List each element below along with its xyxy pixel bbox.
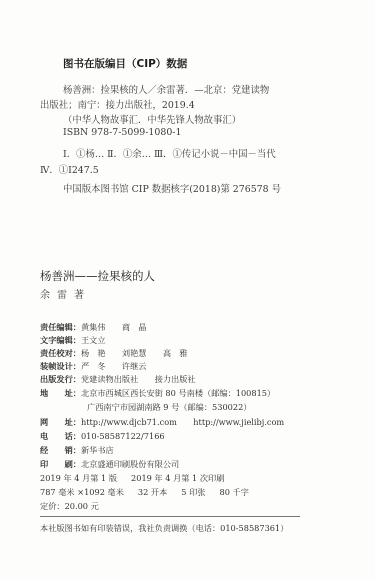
format-line: 787 毫米 ×1092 毫米32 开本5 印张80 千字 — [40, 487, 249, 498]
credit-row: 印 刷：北京盛通印刷股份有限公司 — [40, 459, 179, 470]
cip-classification: Ⅳ．①I247.5 — [40, 162, 99, 176]
credit-row: 文字编辑：王文立 — [40, 335, 106, 346]
isbn: ISBN 978-7-5099-1080-1 — [63, 127, 181, 138]
credit-row: 责任编辑：黄集伟 商 晶 — [40, 322, 146, 333]
footer-notice: 本社版图书如有印装错误，我社负责调换（电话：010-58587361） — [40, 523, 288, 534]
credit-row: 电 话：010-58587122/7166 — [40, 431, 165, 442]
cip-subjects: Ⅰ．①杨… Ⅱ．①余… Ⅲ．①传记小说－中国－当代 — [63, 146, 276, 160]
cip-title: 图书在版编目（CIP）数据 — [63, 56, 187, 71]
cip-approval: 中国版本图书馆 CIP 数据核字(2018)第 276578 号 — [63, 181, 281, 195]
cip-line-2: 出版社；南宁：接力出版社，2019.4 — [40, 97, 195, 111]
credit-row: 网 址：http://www.djcb71.com http://www.jie… — [40, 417, 284, 428]
credit-row: 经 销：新华书店 — [40, 445, 114, 456]
cip-series: （中华人物故事汇．中华先锋人物故事汇） — [63, 112, 241, 126]
credit-row: 装帧设计：严 冬 许继云 — [40, 361, 146, 372]
book-author: 余雷著 — [40, 286, 91, 301]
credit-row: 广西南宁市园湖南路 9 号（邮编：530022） — [87, 402, 251, 413]
credit-row: 地 址：北京市西城区西长安街 80 号南楼（邮编：100815） — [40, 388, 275, 399]
credit-row: 责任校对：杨 艳 刘艳慧 高 雅 — [40, 348, 187, 359]
divider — [40, 516, 300, 517]
edition-line: 2019 年 4 月第 1 版2019 年 4 月第 1 次印刷 — [40, 473, 224, 484]
book-title: 杨善洲——捡果核的人 — [40, 268, 155, 284]
credit-row: 出版发行：党建读物出版社 接力出版社 — [40, 374, 196, 385]
cip-line-1: 杨善洲：捡果核的人／余雷著．—北京：党建读物 — [63, 82, 269, 96]
price: 定价：20.00 元 — [40, 501, 99, 512]
